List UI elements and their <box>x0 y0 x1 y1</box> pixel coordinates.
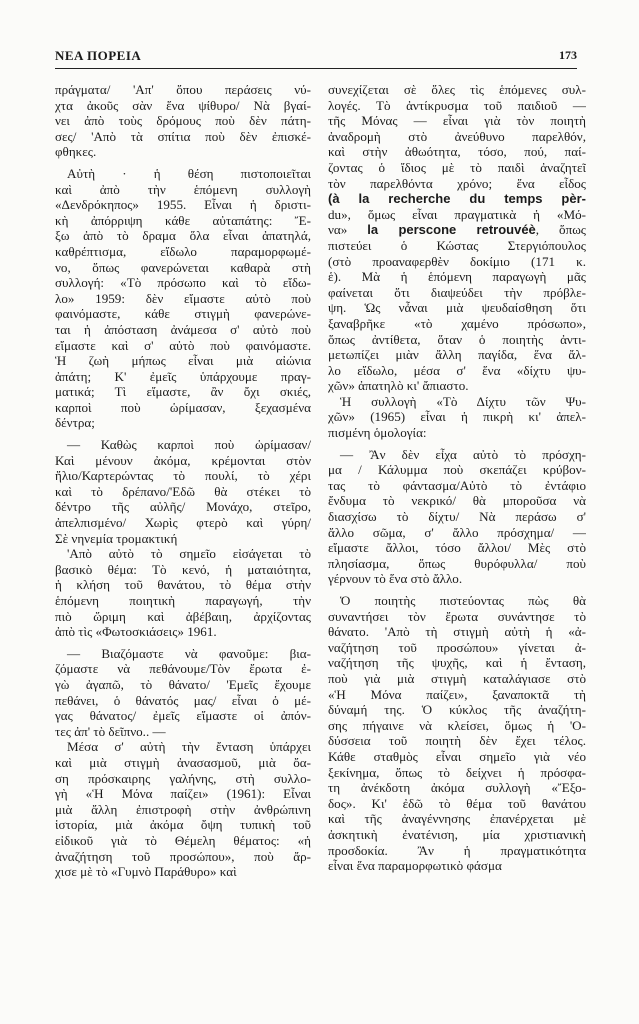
text-line: χισε μὲ τὸ «Γυμνὸ Παράθυρο» καὶ <box>55 864 311 880</box>
text-line: δος». Κι' ἐδῶ τὸ θέμα τοῦ θανάτου <box>328 796 586 812</box>
text-line: Ἡ συλλογὴ «Τὸ Δίχτυ τῶν Ψυ- <box>328 394 586 410</box>
text-line: ἀπελπισμένο/ Χωρὶς φτερὸ καὶ γύρη/ <box>55 515 311 531</box>
text-line: ξαναβρῆκε «τὸ χαμένο πρόσωπο», <box>328 316 586 332</box>
left-column: πράγματα/ 'Απ' ὅπου περάσεις νύ-χτα ἀκοῦ… <box>55 82 311 880</box>
text-line: συνεχίζεται σὲ ὅλες τὶς ἑπόμενες συλ- <box>328 82 586 98</box>
text-line: φθηκες. <box>55 144 311 160</box>
text-line: γέρνουν τὸ ἕνα στὸ ἄλλο. <box>328 571 586 587</box>
text-line: προσδοκία. Ἂν ἡ πραγματικότητα <box>328 843 586 859</box>
text-line: ἥλιο/Καρτερώντας τὸ πουλί, τὸ χέρι <box>55 468 311 484</box>
text-line: εἶναι ἕνα παραμορφωτικὸ φάσμα <box>328 858 586 874</box>
text-line: καρποὶ ποὺ ὡρίμασαν, ξεχασμένα <box>55 400 311 416</box>
text-line: δύναμή της. Ὁ κύκλος τῆς ἀναζήτη- <box>328 702 586 718</box>
text-line: ξω ἀπὸ τὸ δραμα ὅλα εἶναι ἀπατηλά, <box>55 228 311 244</box>
text-line: τὸν παρελθόντα χρόνο; ἕνα εἶδος <box>328 176 586 192</box>
text-line: 'Απὸ αὐτὸ τὸ σημεῖο εἰσάγεται τὸ <box>55 546 311 562</box>
text-line: κὴ ἀπόρριψη κάθε αὐταπάτης: Ἔ- <box>55 213 311 229</box>
right-column: συνεχίζεται σὲ ὅλες τὶς ἑπόμενες συλ-λογ… <box>328 82 586 874</box>
text-line: φαίνεται ὅτι διαψεύδει τὴν πρόβλε- <box>328 285 586 301</box>
text-line: καὶ μιὰ στιγμὴ ἀνασασμοῦ, μιὰ ὄα- <box>55 755 311 771</box>
text-line: ἀσκητικὴ ἐνατένιση, μία χριστιανικὴ <box>328 827 586 843</box>
text-line: μετωπίζει μιὰν ἄλλη παγίδα, ἕνα ἄλ- <box>328 347 586 363</box>
running-header: ΝΕΑ ΠΟΡΕΙΑ 173 <box>55 44 577 69</box>
text-line: τας τὸ φάντασμα/Αὐτὸ τὸ ἐντάφιο <box>328 478 586 494</box>
text-line: δέντρο τῆς αὐλῆς/ Μονάχο, στεῖρο, <box>55 499 311 515</box>
text-line: σης πήγαινε νὰ κλείσει, ὅμως ἡ 'Ο- <box>328 718 586 734</box>
text-line: — Βιαζόμαστε νὰ φανοῦμε: βια- <box>55 646 311 662</box>
text-line: ματικά; Τὶ εἴμαστε, ἂν ὄχι σκιές, <box>55 384 311 400</box>
text-line: ναζήτηση τοῦ προσώπου» γίνεται ἀ- <box>328 640 586 656</box>
text-line: καὶ στὴν ἀθωότητα, τόσο, πού, παί- <box>328 144 586 160</box>
text-line: σες/ 'Απὸ τὰ σπίτια ποὺ δὲν ἐπισκέ- <box>55 129 311 145</box>
text-line: πιὸ ὥριμη καὶ ἀβέβαιη, ἀρχίζοντας <box>55 609 311 625</box>
text-line: γας θάνατος/ ἐμεῖς εἴμαστε οἱ ἀπόν- <box>55 708 311 724</box>
text-line: νο, ὅπως φανερώνεται καθαρὰ στὴ <box>55 260 311 276</box>
text-line: ναζήτηση τῆς ψυχῆς, καὶ ἡ ἔνταση, <box>328 655 586 671</box>
text-line: λο εἴδωλο, μέσα σ' ἕνα «δίχτυ ψυ- <box>328 363 586 379</box>
journal-title: ΝΕΑ ΠΟΡΕΙΑ <box>55 48 141 64</box>
text-line: (στὸ προαναφερθὲν δοκίμιο (171 κ. <box>328 254 586 270</box>
text-line: καὶ τὸ δρέπανο/'Εδῶ θὰ στέκει τὸ <box>55 484 311 500</box>
text-line: συναντήσει τὸν ἔρωτα συνάντησε τὸ <box>328 609 586 625</box>
text-line: «Ἡ Μόνα παίζει», ξαναποκτᾶ τὴ <box>328 687 586 703</box>
text-line: «Δενδρόκηπος» 1955. Εἶναι ἡ δριστι- <box>55 197 311 213</box>
text-line: χτα ἀκοῦς σὰν ἕνα ψίθυρο/ Νὰ βγαί- <box>55 98 311 114</box>
text-line: Καὶ μένουν ἀκόμα, κρέμονται στὸν <box>55 453 311 469</box>
text-line: Μέσα σ' αὐτὴ τὴν ἔνταση ὑπάρχει <box>55 739 311 755</box>
text-line: βασικὸ θέμα: Τὸ κενό, ἡ ματαιότητα, <box>55 562 311 578</box>
text-line: γὴ «Ἡ Μόνα παίζει» (1961): Εἶναι <box>55 786 311 802</box>
text-line: τες ἀπ' τὸ δεῖπνο.. — <box>55 724 311 740</box>
text-line: ξεκίνημα, ὅπως τὸ δείχνει ἡ πρόσφα- <box>328 765 586 781</box>
text-line: Ἡ ζωὴ μήπως εἶναι μιὰ αἰώνια <box>55 353 311 369</box>
text-line: Αὐτὴ · ἡ θέση πιστοποιεῖται <box>55 166 311 182</box>
text-line: ἀναζήτηση τοῦ προσώπου», ποὺ ἄρ- <box>55 849 311 865</box>
text-line: νει ἀπὸ τοὺς δρόμους ποὺ δὲν πάτη- <box>55 113 311 129</box>
text-line: du», ὅμως εἶναι πραγματικὰ ἡ «Μό- <box>328 207 586 223</box>
text-line: ἱστορία, μιὰ ἀκόμα ὄψη τυπικὴ τοῦ <box>55 817 311 833</box>
text-line: δύσσεια τοῦ ποιητὴ δὲν ἔχει τέλος. <box>328 733 586 749</box>
text-line: (à la recherche du temps pèr- <box>328 191 586 207</box>
text-line: ἄλλο σῶμα, σ' ἄλλο πρόσχημα/ — <box>328 525 586 541</box>
text-line: καὶ ἀπὸ τὴν ἑπόμενη συλλογὴ <box>55 182 311 198</box>
text-line: ψη. Ὡς νἆναι μιὰ ψευδαίσθηση ὅτι <box>328 300 586 316</box>
text-line: τῆς Μόνας — εἶναι γιὰ τὸν ποιητὴ <box>328 113 586 129</box>
text-line: μα / Κάλυμμα ποὺ σκεπάζει κρύβον- <box>328 462 586 478</box>
text-line: ποὺ γιὰ μιὰ στιγμὴ καταλάγιασε στὸ <box>328 671 586 687</box>
text-line: ται ἡ ἀπόσταση ἀνάμεσα σ' αὐτὸ ποὺ <box>55 322 311 338</box>
text-line: — Καθὼς καρποὶ ποὺ ὡρίμασαν/ <box>55 437 311 453</box>
text-line: — Ἂν δὲν εἶχα αὐτὸ τὸ πρόσχη- <box>328 447 586 463</box>
text-line: ἔνδυμα τὸ νεκρικό/ θὰ μποροῦσα νὰ <box>328 493 586 509</box>
text-line: πιστεύει ὁ Κώστας Στεργιόπουλος <box>328 238 586 254</box>
text-line: φαινόμαστε, κάθε στιγμὴ φανερώνε- <box>55 306 311 322</box>
text-line: ἡ κλήση τοῦ θανάτου, τὸ θέμα στὴν <box>55 577 311 593</box>
text-line: συλλογή: «Τὸ πρόσωπο καὶ τὸ εἴδω- <box>55 275 311 291</box>
text-line: ἀπάτη; Κ' ἐμεῖς ὑπάρχουμε πραγ- <box>55 369 311 385</box>
text-line: λογές. Τὸ ἀντίκρυσμα τοῦ παιδιοῦ — <box>328 98 586 114</box>
text-line: Ὁ ποιητὴς πιστεύοντας πὼς θὰ <box>328 593 586 609</box>
text-line: ζόμαστε νὰ πεθάνουμε/Τὸν ἔρωτα ἐ- <box>55 661 311 677</box>
text-line: καθρέπτισμα, εἴδωλο παραμορφωμέ- <box>55 244 311 260</box>
text-line: πράγματα/ 'Απ' ὅπου περάσεις νύ- <box>55 82 311 98</box>
text-line: ζοντας ὁ ἴδιος μὲ τὸ παιδὶ ἀναζητεῖ <box>328 160 586 176</box>
text-line: ἀναδρομὴ στὸ ἀνεύθυνο παρελθόν, <box>328 129 586 145</box>
text-line: εἴμαστε ἄλλοι, τόσο ἄλλοι/ Μὲς στὸ <box>328 540 586 556</box>
text-line: καὶ τῆς ἀναγέννησης ἐπανέρχεται μὲ <box>328 811 586 827</box>
text-line: ἑ). Μὰ ἡ ἑπόμενη παραγωγὴ μᾶς <box>328 269 586 285</box>
text-line: χῶν» (1965) εἶναι ἡ πικρὴ κι' ἀπελ- <box>328 409 586 425</box>
text-line: Σὲ νηνεμία τρομακτική <box>55 531 311 547</box>
text-line: μιὰ ἄλλη ἐπιστροφὴ στὴν ἀνθρώπινη <box>55 802 311 818</box>
text-line: λο» 1959: δὲν εἴμαστε αὐτὸ ποὺ <box>55 291 311 307</box>
text-line: πισμένη ὁμολογία: <box>328 425 586 441</box>
text-line: ὅπως ἀντίθετα, ὅταν ὁ ποιητὴς ἀντι- <box>328 332 586 348</box>
text-line: ἑπόμενη ποιητικὴ παραγωγή, τὴν <box>55 593 311 609</box>
text-line: ἀπὸ τὶς «Φωτοσκιάσεις» 1961. <box>55 624 311 640</box>
text-line: Κάθε σταθμὸς εἶναι σημεῖο γιὰ νέο <box>328 749 586 765</box>
text-line: εἰδικοῦ γιὰ τὸ Θέμελη θέματος: «ἡ <box>55 833 311 849</box>
text-line: να» la perscone retrouvéè, ὅπως <box>328 222 586 238</box>
text-line: θάνατο. 'Απὸ τὴ στιγμὴ αὐτὴ ἡ «ἀ- <box>328 624 586 640</box>
text-line: εἴμαστε καὶ σ' αὐτὸ ποὺ φαινόμαστε. <box>55 338 311 354</box>
text-line: διασχίσω τὸ δίχτυ/ Νὰ περάσω σ' <box>328 509 586 525</box>
text-line: γὼ ἀγαπῶ, τὸ θάνατο/ 'Εμεῖς ἔχουμε <box>55 677 311 693</box>
text-line: πεθάνει, ὁ θάνατός μας/ εἶναι ὁ μέ- <box>55 693 311 709</box>
text-line: ση πρόσκαιρης γαλήνης, στὴ συλλο- <box>55 771 311 787</box>
text-line: δέντρα; <box>55 415 311 431</box>
text-line: χῶν» ἀπατηλὸ κι' ἄπιαστο. <box>328 378 586 394</box>
page-number: 173 <box>559 48 577 63</box>
text-line: τη ἀνέκδοτη ἀκόμα συλλογὴ «Ἔξο- <box>328 780 586 796</box>
text-line: πλησίασμα, ὅπως θυρόφυλλα/ ποὺ <box>328 556 586 572</box>
